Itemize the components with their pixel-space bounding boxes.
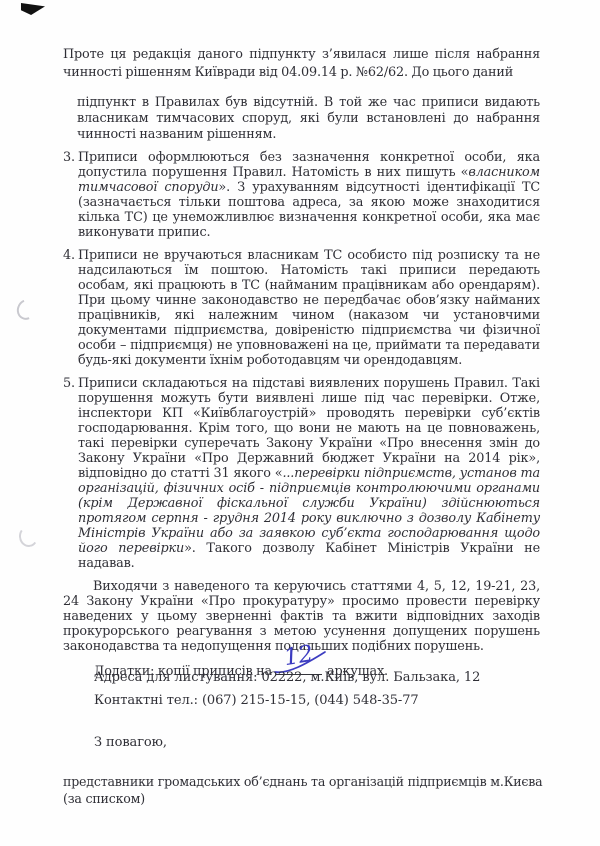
- scan-corner-artifact: [21, 3, 45, 15]
- document-body: Проте ця редакція даного підпункту з’яви…: [63, 46, 540, 680]
- pen-mark-icon: [14, 296, 40, 323]
- text-run: Приписи не вручаються власникам ТС особи…: [78, 248, 540, 368]
- list-number: 3.: [63, 150, 78, 240]
- list-item: 3.Приписи оформлюються без зазначення ко…: [63, 150, 540, 240]
- paragraph: підпункт в Правилах був відсутній. В той…: [77, 95, 540, 143]
- text-run: Проте ця редакція даного підпункту з’яви…: [63, 47, 540, 80]
- document-paragraphs: Проте ця редакція даного підпункту з’яви…: [63, 46, 540, 654]
- salutation-line: З повагою,: [94, 735, 167, 750]
- list-number: 5.: [63, 376, 78, 571]
- signatories-line: представники громадських об’єднань та ор…: [63, 773, 553, 790]
- paragraph: Проте ця редакція даного підпункту з’яви…: [63, 46, 540, 81]
- phones-line: Контактні тел.: (067) 215-15-15, (044) 5…: [94, 693, 419, 708]
- list-item-text: Приписи складаються на підставі виявлени…: [78, 376, 540, 571]
- handwritten-count: 12: [282, 643, 315, 670]
- list-item-text: Приписи оформлюються без зазначення конк…: [78, 150, 540, 240]
- address-line: Адреса для листування: 02222, м.Київ, ву…: [94, 670, 480, 685]
- list-item: 4.Приписи не вручаються власникам ТС осо…: [63, 248, 540, 368]
- list-number: 4.: [63, 248, 78, 368]
- scanned-letter-page: Проте ця редакція даного підпункту з’яви…: [0, 0, 600, 846]
- list-item: 5.Приписи складаються на підставі виявле…: [63, 376, 540, 571]
- signature-block: представники громадських об’єднань та ор…: [63, 773, 553, 807]
- text-run: підпункт в Правилах був відсутній. В той…: [77, 95, 540, 142]
- pen-mark-icon: [18, 525, 40, 548]
- signatories-note: (за списком): [63, 790, 553, 807]
- list-item-text: Приписи не вручаються власникам ТС особи…: [78, 248, 540, 368]
